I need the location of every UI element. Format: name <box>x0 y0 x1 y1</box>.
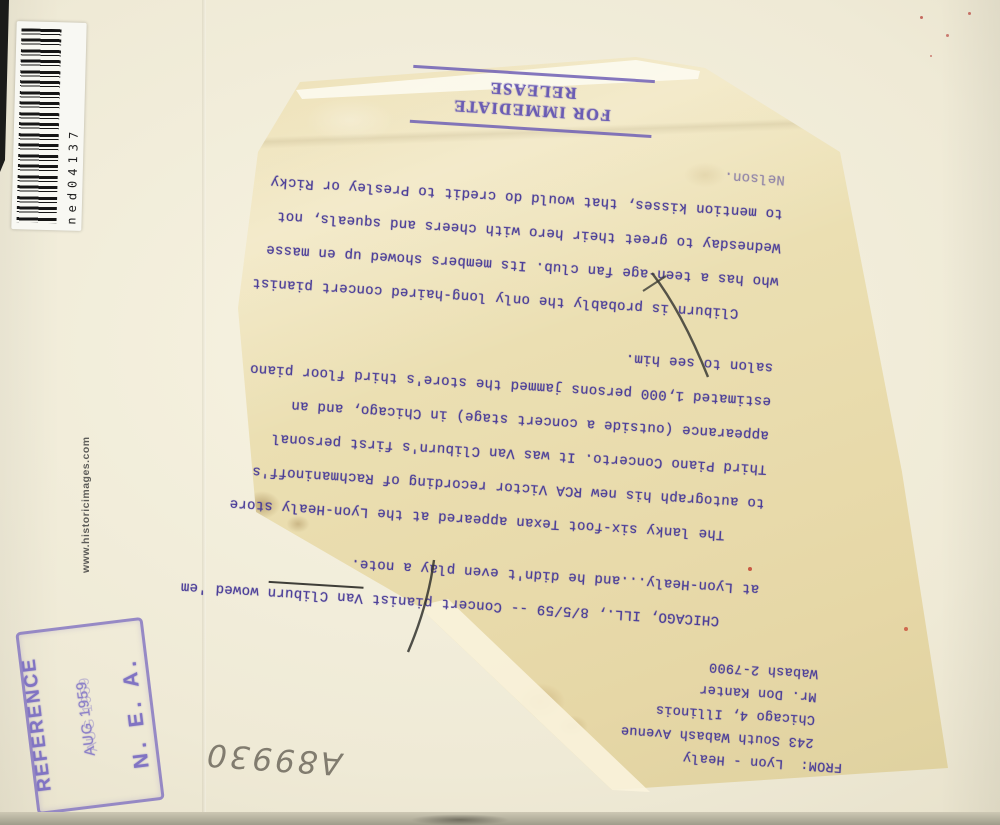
pen-stroke <box>408 560 434 652</box>
date-stamp: AUG 1959 <box>74 680 99 757</box>
barcode-label: ned04137 <box>11 21 86 231</box>
ink-speck <box>930 55 932 57</box>
pen-stroke <box>652 273 708 377</box>
ink-speck <box>946 34 949 37</box>
nea-label: N. E. A. <box>117 655 155 770</box>
photo-back: FROM: Lyon - Healy 243 South Wabash Aven… <box>0 0 1000 825</box>
ink-speck <box>904 627 908 631</box>
scan-bottom-edge <box>0 812 1000 825</box>
watermark-text: www.historicimages.com <box>80 283 92 573</box>
barcode-number: ned04137 <box>64 27 83 225</box>
reference-stamp-text: REFERENCE AUG 1959 N. E. A. <box>14 622 161 814</box>
reference-stamp: REFERENCE AUG 1959 N. E. A. <box>15 617 164 815</box>
barcode-icon <box>16 28 61 223</box>
ink-speck <box>748 567 752 571</box>
ink-speck <box>920 16 923 19</box>
ink-speck <box>968 12 971 15</box>
